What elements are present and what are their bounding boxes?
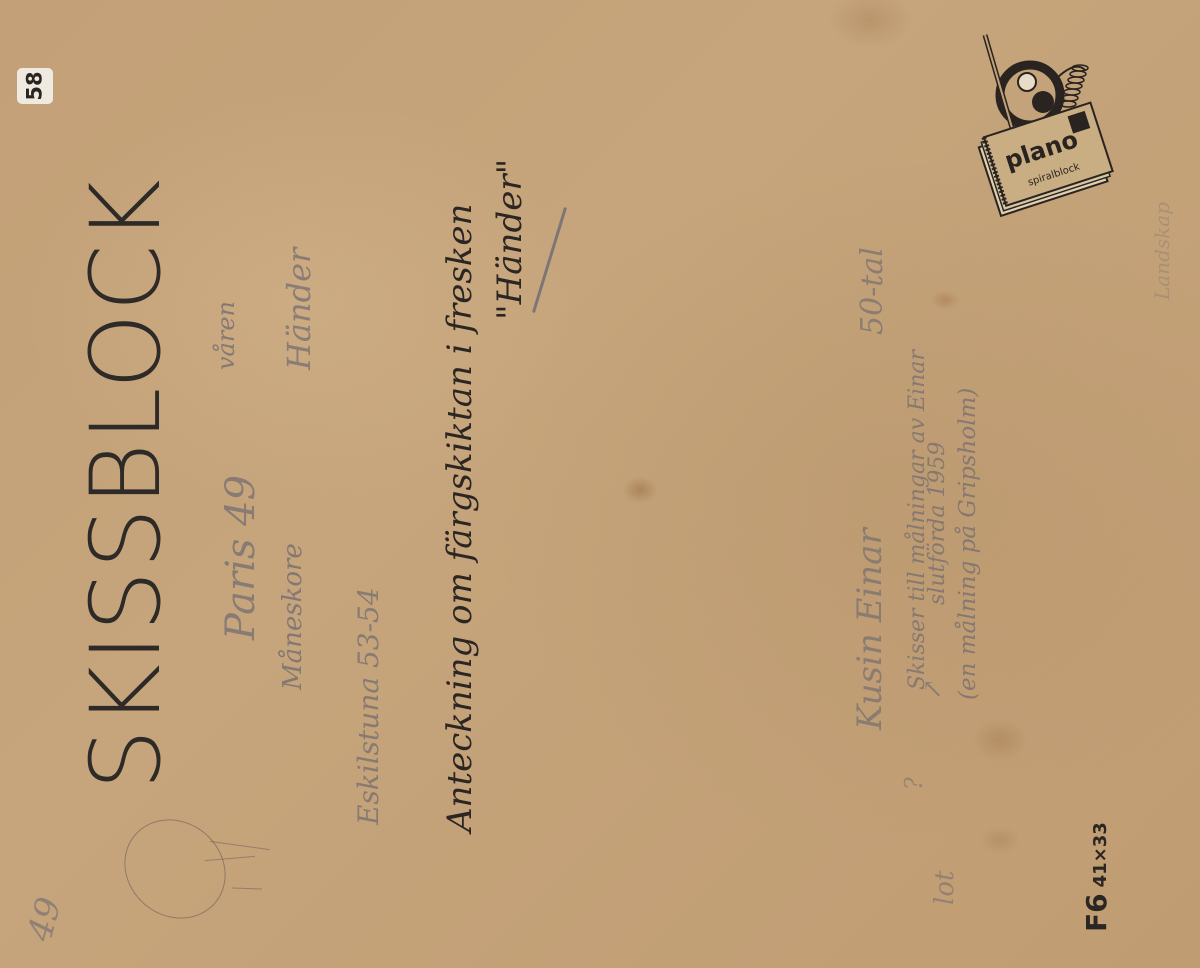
- pencil-sketch-line: [232, 887, 262, 889]
- note-lot: lot: [930, 871, 960, 905]
- note-varen: våren: [212, 301, 240, 370]
- size-format: F6: [1080, 893, 1113, 932]
- note-eskilstuna: Eskilstuna 53-54: [352, 587, 385, 825]
- note-hander-ink: "Händer": [490, 159, 530, 320]
- plano-spiral-notebook-logo-icon: plano spiralblock: [975, 30, 1115, 220]
- note-50-tal: 50-tal: [855, 247, 890, 335]
- pencil-stroke: [532, 207, 567, 313]
- note-paris: Paris 49: [218, 475, 264, 640]
- size-dimensions: 41×33: [1090, 822, 1111, 887]
- note-question: ?: [900, 777, 928, 790]
- note-hander-pencil: Händer: [280, 248, 318, 370]
- note-slutforda: slutförda 1959: [925, 442, 950, 605]
- note-maneskore: Måneskore: [278, 543, 308, 690]
- note-kusin-einar: Kusin Einar: [850, 528, 890, 730]
- note-49: 49: [20, 893, 70, 945]
- sketchbook-cover: 58 SKISSBLOCK Paris 49 våren Måneskore H…: [0, 0, 1200, 968]
- sticker-number: 58: [23, 71, 47, 100]
- note-malning: (en målning på Gripsholm): [955, 388, 981, 700]
- note-anteckning: Anteckning om färgskiktan i fresken: [440, 204, 480, 832]
- size-label: F641×33: [1080, 822, 1113, 932]
- number-sticker: 58: [17, 68, 53, 104]
- note-edge: Landskap: [1150, 202, 1174, 300]
- cover-title: SKISSBLOCK: [78, 177, 174, 790]
- pencil-sketch-oval: [104, 799, 246, 939]
